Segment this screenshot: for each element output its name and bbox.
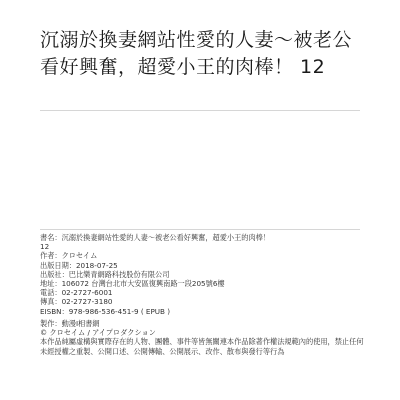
colophon-divider [40,229,360,230]
eisbn-line: EISBN：978-986-536-451-9 ( EPUB ) [40,307,370,316]
credits: 製作：動漫I相書網 © クロセイム / アイプロダクション 本作品純屬虛構與實際… [40,319,370,356]
book-name-line: 書名：沉溺於換妻網站性愛的人妻～被老公看好興奮，超愛小王的肉棒！ [40,233,370,242]
publish-date-line: 出版日期：2018-07-25 [40,261,370,270]
title-divider [40,110,360,111]
colophon: 書名：沉溺於換妻網站性愛的人妻～被老公看好興奮，超愛小王的肉棒！ 12 作者：ク… [40,233,370,316]
publisher-line: 出版社：巴比樂青網路科技股份有限公司 [40,270,370,279]
book-name: 沉溺於換妻網站性愛的人妻～被老公看好興奮，超愛小王的肉棒！ [62,233,270,242]
phone-line: 電話：02-2727-6001 [40,288,370,297]
book-number: 12 [40,242,370,251]
fax-line: 傳真：02-2727-3180 [40,297,370,306]
production-line: 製作：動漫I相書網 [40,319,370,328]
disclaimer: 本作品純屬虛構與實際存在的人物、團體、事件等皆無關連本作品除著作權法規範內的使用… [40,337,370,355]
book-title: 沉溺於換妻網站性愛的人妻～被老公看好興奮，超愛小王的肉棒！ 12 [40,27,370,81]
address-line: 地址：106072 台灣台北市大安區復興南路一段205號6樓 [40,279,370,288]
copyright-line: © クロセイム / アイプロダクション [40,328,370,337]
author-line: 作者：クロセイム [40,251,370,260]
